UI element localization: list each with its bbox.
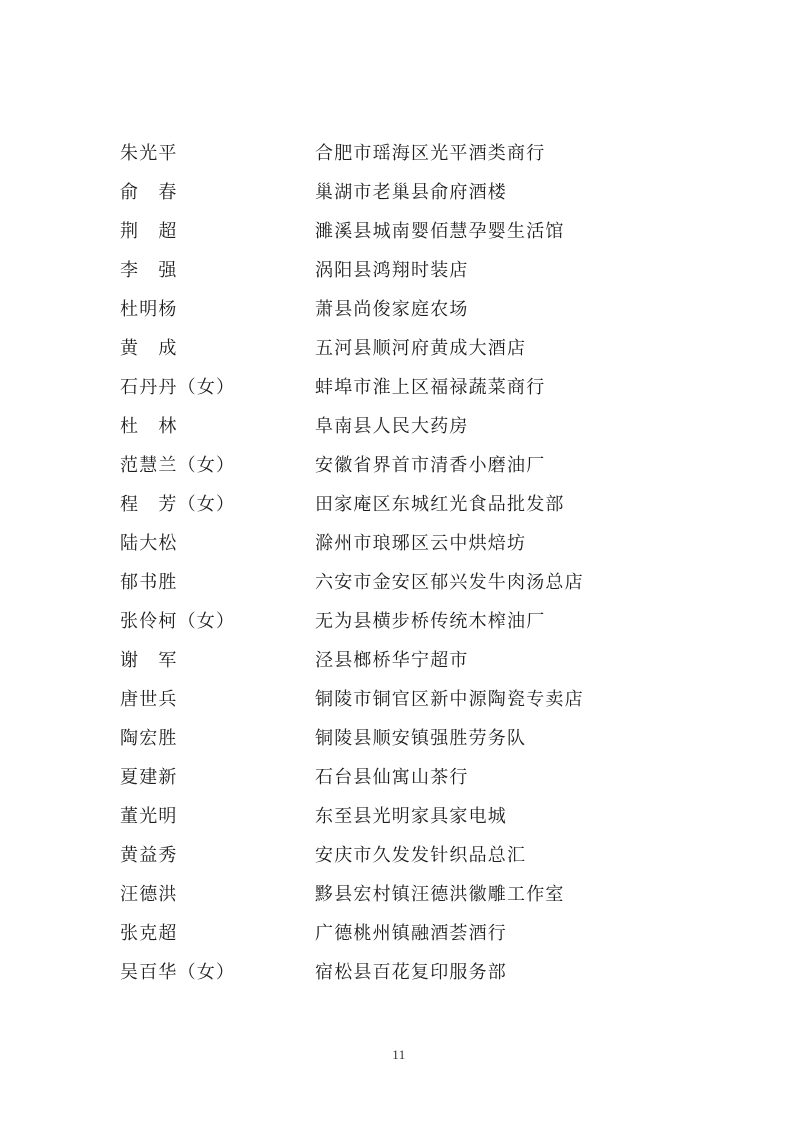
organization-name: 涡阳县鸿翔时装店	[315, 258, 690, 282]
list-item: 张克超 广德桃州镇融酒荟酒行	[120, 921, 690, 960]
list-item: 陶宏胜 铜陵县顺安镇强胜劳务队	[120, 726, 690, 765]
document-page: 朱光平 合肥市瑶海区光平酒类商行 俞 春 巢湖市老巢县俞府酒楼 荆 超 濉溪县城…	[0, 0, 800, 1131]
list-item: 郁书胜 六安市金安区郁兴发牛肉汤总店	[120, 570, 690, 609]
person-name: 石丹丹（女）	[120, 375, 315, 399]
person-name: 程 芳（女）	[120, 492, 315, 516]
person-name: 李 强	[120, 258, 315, 282]
person-name: 黄 成	[120, 336, 315, 360]
organization-name: 合肥市瑶海区光平酒类商行	[315, 141, 690, 165]
organization-name: 田家庵区东城红光食品批发部	[315, 492, 690, 516]
list-item: 程 芳（女） 田家庵区东城红光食品批发部	[120, 492, 690, 531]
organization-name: 六安市金安区郁兴发牛肉汤总店	[315, 570, 690, 594]
list-item: 李 强 涡阳县鸿翔时装店	[120, 258, 690, 297]
page-number: 11	[0, 1047, 798, 1063]
person-name: 唐世兵	[120, 687, 315, 711]
organization-name: 安徽省界首市清香小磨油厂	[315, 453, 690, 477]
person-name: 张伶柯（女）	[120, 609, 315, 633]
person-name: 俞 春	[120, 180, 315, 204]
organization-name: 蚌埠市淮上区福禄蔬菜商行	[315, 375, 690, 399]
organization-name: 五河县顺河府黄成大酒店	[315, 336, 690, 360]
organization-name: 安庆市久发发针织品总汇	[315, 843, 690, 867]
person-name: 黄益秀	[120, 843, 315, 867]
person-name: 郁书胜	[120, 570, 315, 594]
person-name: 杜明杨	[120, 297, 315, 321]
organization-name: 萧县尚俊家庭农场	[315, 297, 690, 321]
list-item: 黄益秀 安庆市久发发针织品总汇	[120, 843, 690, 882]
organization-name: 宿松县百花复印服务部	[315, 960, 690, 984]
person-name: 吴百华（女）	[120, 960, 315, 984]
person-name: 范慧兰（女）	[120, 453, 315, 477]
list-item: 董光明 东至县光明家具家电城	[120, 804, 690, 843]
list-item: 朱光平 合肥市瑶海区光平酒类商行	[120, 141, 690, 180]
name-list: 朱光平 合肥市瑶海区光平酒类商行 俞 春 巢湖市老巢县俞府酒楼 荆 超 濉溪县城…	[120, 141, 690, 999]
person-name: 陆大松	[120, 531, 315, 555]
organization-name: 铜陵县顺安镇强胜劳务队	[315, 726, 690, 750]
list-item: 范慧兰（女） 安徽省界首市清香小磨油厂	[120, 453, 690, 492]
person-name: 汪德洪	[120, 882, 315, 906]
organization-name: 巢湖市老巢县俞府酒楼	[315, 180, 690, 204]
list-item: 夏建新 石台县仙寓山茶行	[120, 765, 690, 804]
list-item: 荆 超 濉溪县城南婴佰慧孕婴生活馆	[120, 219, 690, 258]
list-item: 俞 春 巢湖市老巢县俞府酒楼	[120, 180, 690, 219]
person-name: 董光明	[120, 804, 315, 828]
list-item: 杜明杨 萧县尚俊家庭农场	[120, 297, 690, 336]
person-name: 谢 军	[120, 648, 315, 672]
list-item: 石丹丹（女） 蚌埠市淮上区福禄蔬菜商行	[120, 375, 690, 414]
organization-name: 濉溪县城南婴佰慧孕婴生活馆	[315, 219, 690, 243]
person-name: 荆 超	[120, 219, 315, 243]
list-item: 吴百华（女） 宿松县百花复印服务部	[120, 960, 690, 999]
person-name: 朱光平	[120, 141, 315, 165]
list-item: 唐世兵 铜陵市铜官区新中源陶瓷专卖店	[120, 687, 690, 726]
list-item: 汪德洪 黟县宏村镇汪德洪徽雕工作室	[120, 882, 690, 921]
organization-name: 泾县榔桥华宁超市	[315, 648, 690, 672]
organization-name: 无为县横步桥传统木榨油厂	[315, 609, 690, 633]
list-item: 杜 林 阜南县人民大药房	[120, 414, 690, 453]
person-name: 张克超	[120, 921, 315, 945]
organization-name: 黟县宏村镇汪德洪徽雕工作室	[315, 882, 690, 906]
person-name: 夏建新	[120, 765, 315, 789]
person-name: 杜 林	[120, 414, 315, 438]
organization-name: 阜南县人民大药房	[315, 414, 690, 438]
list-item: 陆大松 滁州市琅琊区云中烘焙坊	[120, 531, 690, 570]
organization-name: 滁州市琅琊区云中烘焙坊	[315, 531, 690, 555]
organization-name: 广德桃州镇融酒荟酒行	[315, 921, 690, 945]
organization-name: 石台县仙寓山茶行	[315, 765, 690, 789]
person-name: 陶宏胜	[120, 726, 315, 750]
list-item: 谢 军 泾县榔桥华宁超市	[120, 648, 690, 687]
list-item: 张伶柯（女） 无为县横步桥传统木榨油厂	[120, 609, 690, 648]
organization-name: 东至县光明家具家电城	[315, 804, 690, 828]
organization-name: 铜陵市铜官区新中源陶瓷专卖店	[315, 687, 690, 711]
list-item: 黄 成 五河县顺河府黄成大酒店	[120, 336, 690, 375]
